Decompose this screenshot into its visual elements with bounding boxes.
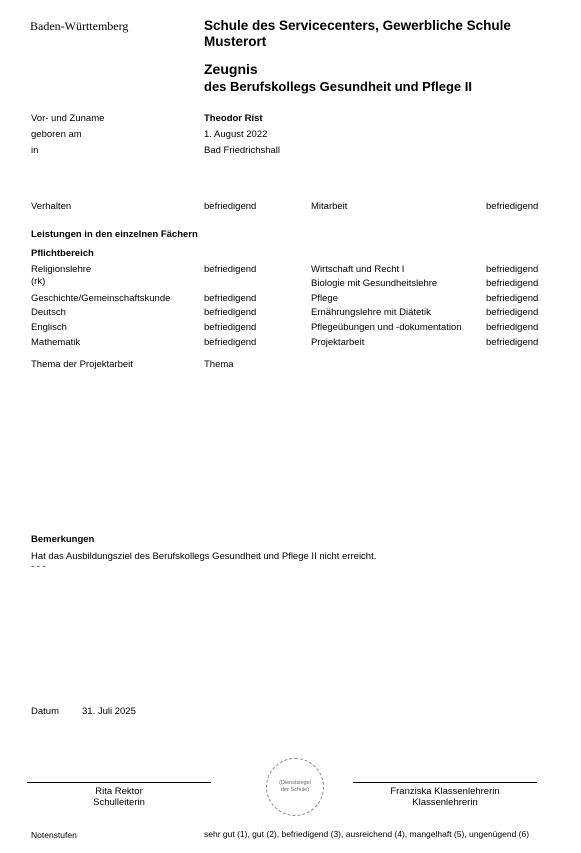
mitarbeit-value: befriedigend — [486, 201, 538, 212]
grades-subsection-title: Pflichtbereich — [31, 248, 94, 259]
subject-biologie: Biologie mit Gesundheitslehre — [311, 278, 437, 289]
title-main: Zeugnis — [204, 60, 472, 78]
grade-projektarbeit: befriedigend — [486, 337, 538, 348]
grades-section-title: Leistungen in den einzelnen Fächern — [31, 229, 198, 240]
school-name-line2: Musterort — [204, 34, 511, 50]
grade-wirtschaft: befriedigend — [486, 264, 538, 275]
remarks-text: Hat das Ausbildungsziel des Berufskolleg… — [31, 551, 376, 562]
grade-mathematik: befriedigend — [204, 337, 256, 348]
verhalten-label: Verhalten — [31, 201, 71, 212]
subject-ernaehrungslehre: Ernährungslehre mit Diätetik — [311, 307, 431, 318]
grade-religionslehre: befriedigend — [204, 264, 256, 275]
grade-biologie: befriedigend — [486, 278, 538, 289]
name-label: Vor- und Zuname — [31, 113, 104, 124]
subject-projektarbeit: Projektarbeit — [311, 337, 364, 348]
signature-line-left — [27, 782, 211, 783]
grade-englisch: befriedigend — [204, 322, 256, 333]
subject-religionslehre-note: (rk) — [31, 276, 45, 287]
subject-religionslehre: Religionslehre — [31, 264, 91, 275]
project-topic-value: Thema — [204, 359, 234, 370]
date-value: 31. Juli 2025 — [82, 706, 136, 717]
subject-deutsch: Deutsch — [31, 307, 66, 318]
grade-pflege: befriedigend — [486, 293, 538, 304]
signature-right: Franziska Klassenlehrerin Klassenlehreri… — [353, 786, 537, 808]
signature-right-name: Franziska Klassenlehrerin — [353, 786, 537, 797]
grade-scale: sehr gut (1), gut (2), befriedigend (3),… — [204, 829, 529, 839]
state-name: Baden-Württemberg — [30, 19, 128, 34]
grade-geschichte: befriedigend — [204, 293, 256, 304]
signature-left-role: Schulleiterin — [27, 797, 211, 808]
grade-deutsch: befriedigend — [204, 307, 256, 318]
remarks-title: Bemerkungen — [31, 534, 94, 545]
subject-geschichte: Geschichte/Gemeinschaftskunde — [31, 293, 170, 304]
place-value: Bad Friedrichshall — [204, 145, 280, 156]
mitarbeit-label: Mitarbeit — [311, 201, 347, 212]
school-name: Schule des Servicecenters, Gewerbliche S… — [204, 18, 511, 50]
born-value: 1. August 2022 — [204, 129, 267, 140]
document-title: Zeugnis des Berufskollegs Gesundheit und… — [204, 60, 472, 96]
official-seal-placeholder: (Dienstsiegel der Schule) — [266, 758, 324, 816]
subject-mathematik: Mathematik — [31, 337, 80, 348]
project-topic-label: Thema der Projektarbeit — [31, 359, 133, 370]
title-subtitle: des Berufskollegs Gesundheit und Pflege … — [204, 78, 472, 96]
grade-scale-label: Notenstufen — [31, 830, 77, 840]
grade-ernaehrungslehre: befriedigend — [486, 307, 538, 318]
subject-englisch: Englisch — [31, 322, 67, 333]
name-value: Theodor Rist — [204, 113, 263, 124]
subject-pflege: Pflege — [311, 293, 338, 304]
signature-line-right — [353, 782, 537, 783]
born-label: geboren am — [31, 129, 82, 140]
seal-line2: der Schule) — [279, 787, 311, 794]
signature-right-role: Klassenlehrerin — [353, 797, 537, 808]
grade-pflegeuebungen: befriedigend — [486, 322, 538, 333]
date-label: Datum — [31, 706, 59, 717]
verhalten-value: befriedigend — [204, 201, 256, 212]
subject-wirtschaft: Wirtschaft und Recht I — [311, 264, 404, 275]
school-name-line1: Schule des Servicecenters, Gewerbliche S… — [204, 18, 511, 34]
place-label: in — [31, 145, 38, 156]
signature-left-name: Rita Rektor — [27, 786, 211, 797]
signature-left: Rita Rektor Schulleiterin — [27, 786, 211, 808]
remarks-filler: - - - — [31, 561, 46, 572]
seal-line1: (Dienstsiegel — [279, 780, 311, 787]
subject-pflegeuebungen: Pflegeübungen und -dokumentation — [311, 322, 462, 333]
